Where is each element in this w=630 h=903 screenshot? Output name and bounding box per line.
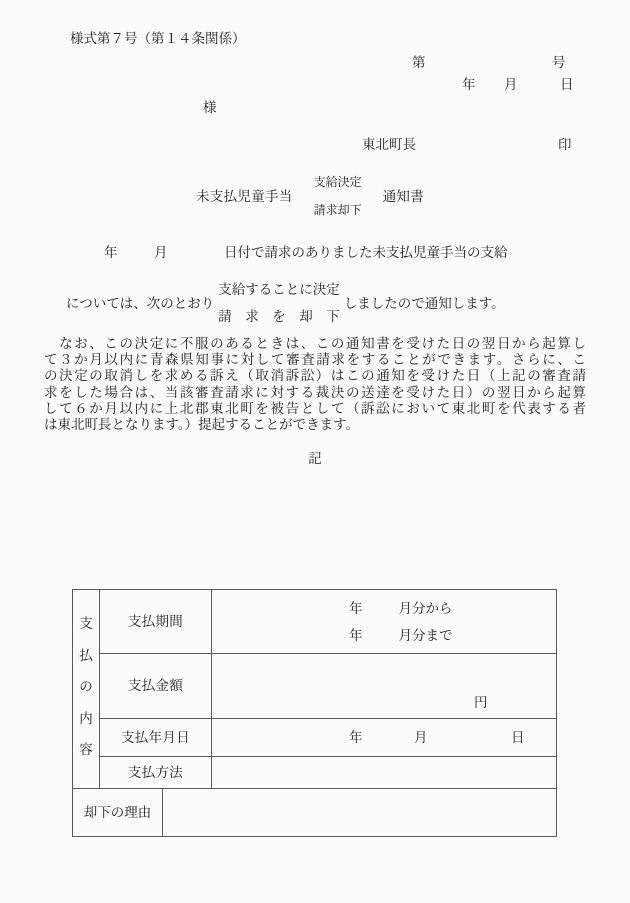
period-from-year-label: 年 — [349, 595, 363, 622]
value-rejection-reason — [163, 789, 556, 836]
label-payment-amount: 支払金額 — [100, 654, 212, 718]
group-header-char: 払 — [79, 648, 93, 664]
decision-suffix: しましたので通知します。 — [344, 296, 505, 312]
table-row-payment-method: 支払方法 — [100, 757, 556, 788]
amount-unit-yen: 円 — [474, 695, 488, 711]
label-payment-date: 支払年月日 — [100, 719, 212, 756]
issue-date-day-label: 日 — [560, 77, 574, 93]
group-header-char: の — [79, 679, 93, 695]
record-marker: 記 — [0, 451, 630, 467]
payment-date-month-label: 月 — [414, 730, 428, 746]
title-subject: 未支払児童手当 — [196, 189, 293, 205]
group-header-char: 容 — [79, 742, 93, 758]
title-doc-type: 通知書 — [383, 189, 424, 205]
period-to-year-label: 年 — [349, 622, 363, 649]
title-option-reject: 請求却下 — [314, 204, 362, 217]
request-month-label: 月 — [154, 245, 168, 261]
payment-date-year-label: 年 — [349, 730, 363, 746]
decision-option-stack: 支給することに決定 請 求 を 却 下 — [218, 283, 340, 324]
label-payment-method: 支払方法 — [100, 757, 212, 788]
label-rejection-reason: 却下の理由 — [73, 789, 163, 836]
form-number: 様式第７号（第１４条関係） — [70, 31, 246, 47]
title-option-approve: 支給決定 — [314, 176, 362, 189]
payment-details-table: 支 払 の 内 容 支払期間 年 月分から — [72, 589, 557, 837]
decision-option-approve: 支給することに決定 — [218, 283, 340, 297]
appeal-paragraph: なお、この決定に不服のあるときは、この通知書を受けた日の翌日から起算して３か月以… — [44, 336, 586, 433]
request-line-text: 日付で請求のありました未支払児童手当の支給 — [224, 245, 508, 261]
issuer-name: 東北町長 — [362, 137, 416, 153]
request-year-label: 年 — [104, 245, 118, 261]
document-title: 未支払児童手当 支給決定 請求却下 通知書 — [196, 176, 424, 217]
doc-number-prefix: 第 — [412, 55, 426, 71]
addressee-honorific: 様 — [203, 100, 217, 116]
group-header-char: 支 — [79, 616, 93, 632]
value-payment-period: 年 月分から 年 月分まで — [212, 590, 556, 653]
title-option-stack: 支給決定 請求却下 — [314, 176, 362, 217]
table-row-rejection-reason: 却下の理由 — [73, 789, 556, 836]
decision-line: については、次のとおり 支給することに決定 請 求 を 却 下 しましたので通知… — [66, 283, 505, 324]
notification-form-page: 様式第７号（第１４条関係） 第 号 年 月 日 様 東北町長 印 未支払児童手当… — [0, 0, 630, 903]
decision-option-reject: 請 求 を 却 下 — [218, 310, 340, 324]
table-row-payment-amount: 支払金額 円 — [100, 654, 556, 719]
table-row-payment-period: 支払期間 年 月分から 年 月分まで — [100, 590, 556, 654]
period-from-text: 月分から — [399, 595, 453, 622]
value-payment-method — [212, 757, 556, 788]
doc-number-suffix: 号 — [552, 55, 566, 71]
table-row-payment-date: 支払年月日 年 月 日 — [100, 719, 556, 757]
group-header-char: 内 — [79, 711, 93, 727]
label-payment-period: 支払期間 — [100, 590, 212, 653]
payment-date-day-label: 日 — [511, 730, 525, 746]
payment-table-main: 支 払 の 内 容 支払期間 年 月分から — [73, 590, 556, 789]
group-header-payment-contents: 支 払 の 内 容 — [73, 590, 100, 788]
seal-mark: 印 — [558, 137, 572, 153]
payment-rows: 支払期間 年 月分から 年 月分まで — [100, 590, 556, 788]
issue-date-month-label: 月 — [504, 77, 518, 93]
period-to-text: 月分まで — [399, 622, 453, 649]
value-payment-amount: 円 — [212, 654, 556, 718]
value-payment-date: 年 月 日 — [212, 719, 556, 756]
decision-prefix: については、次のとおり — [66, 296, 214, 312]
issue-date-year-label: 年 — [462, 77, 476, 93]
